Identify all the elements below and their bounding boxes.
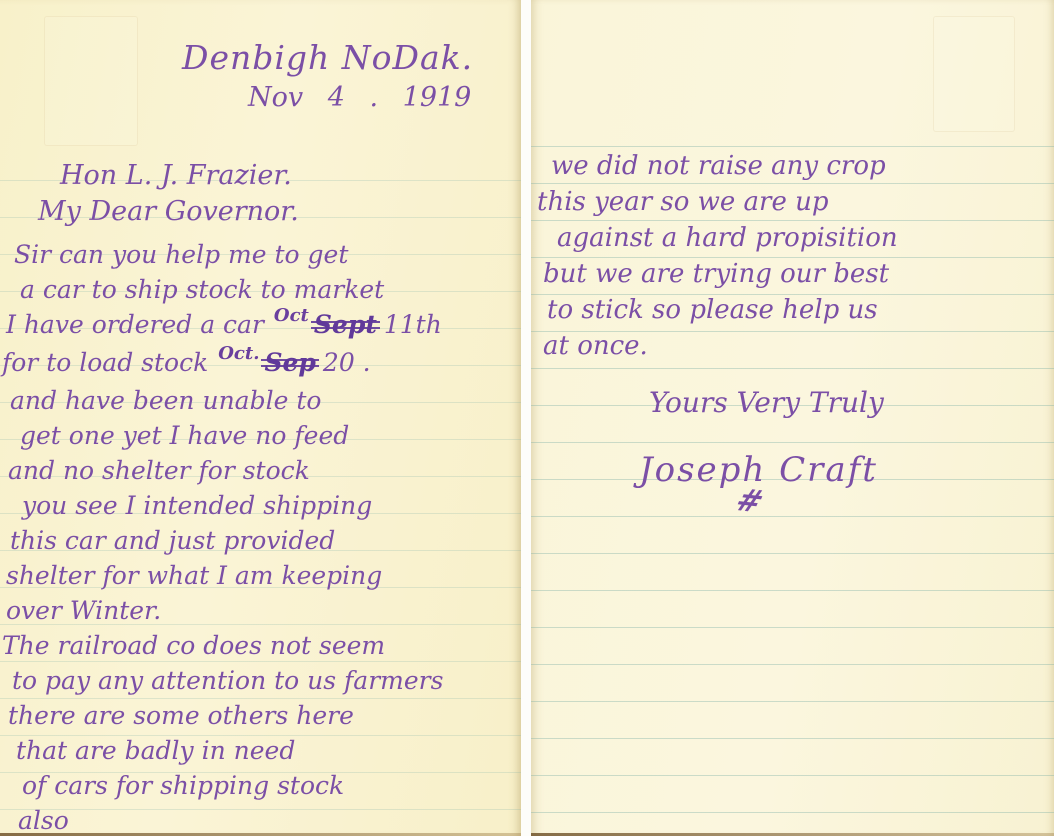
handwriting-line: a car to ship stock to market	[20, 272, 521, 307]
handwriting-line: but we are trying our best	[543, 256, 1054, 292]
struck-word: Sept	[311, 310, 380, 339]
handwriting-line: there are some others here	[8, 698, 521, 733]
letter-body-left: Sir can you help me to get a car to ship…	[0, 237, 521, 836]
handwriting-line-with-correction: I have ordered a carOctSept11th	[6, 307, 521, 345]
handwriting-line: get one yet I have no feed	[20, 418, 521, 453]
salutation-recipient: Hon L. J. Frazier.	[60, 158, 521, 194]
heading-date: Nov 4 . 1919	[248, 80, 521, 116]
inserted-word: Oct	[274, 305, 309, 326]
handwriting-line: of cars for shipping stock	[22, 768, 521, 803]
heading-place: Denbigh NoDak.	[182, 36, 521, 80]
letter-scan: Denbigh NoDak. Nov 4 . 1919 Hon L. J. Fr…	[0, 0, 1054, 836]
handwriting-line-with-correction: for to load stockOct.Sep20 .	[2, 345, 521, 383]
handwriting-line: to stick so please help us	[547, 292, 1054, 328]
handwriting-line: that are badly in need	[16, 733, 521, 768]
handwriting-line: to pay any attention to us farmers	[12, 663, 521, 698]
handwriting-line: and have been unable to	[10, 383, 521, 418]
handwriting-line: at once.	[543, 328, 1054, 364]
letter-page-1: Denbigh NoDak. Nov 4 . 1919 Hon L. J. Fr…	[0, 0, 521, 836]
inserted-word: Oct.	[218, 343, 259, 364]
text-segment: 11th	[384, 310, 442, 339]
signature: Joseph Craft	[639, 448, 1054, 492]
page-1-content: Denbigh NoDak. Nov 4 . 1919 Hon L. J. Fr…	[0, 0, 521, 836]
handwriting-line: we did not raise any crop	[551, 148, 1054, 184]
handwriting-line: and no shelter for stock	[8, 453, 521, 488]
handwriting-line: also	[18, 803, 521, 836]
letter-body-right: we did not raise any crop this year so w…	[531, 148, 1054, 364]
salutation-greeting: My Dear Governor.	[38, 194, 521, 230]
handwriting-line: against a hard propisition	[557, 220, 1054, 256]
handwriting-line: this car and just provided	[10, 523, 521, 558]
handwriting-line: Sir can you help me to get	[14, 237, 521, 272]
text-segment: for to load stock	[2, 348, 208, 377]
struck-word: Sep	[261, 348, 318, 377]
handwriting-line: The railroad co does not seem	[2, 628, 521, 663]
page-2-content: we did not raise any crop this year so w…	[531, 0, 1054, 836]
text-segment: 20 .	[323, 348, 371, 377]
handwriting-line: over Winter.	[6, 593, 521, 628]
letter-page-2: we did not raise any crop this year so w…	[531, 0, 1054, 836]
handwriting-line: this year so we are up	[537, 184, 1054, 220]
handwriting-line: shelter for what I am keeping	[6, 558, 521, 593]
handwriting-line: you see I intended shipping	[22, 488, 521, 523]
text-segment: I have ordered a car	[6, 310, 264, 339]
closing-phrase: Yours Very Truly	[649, 384, 1054, 422]
